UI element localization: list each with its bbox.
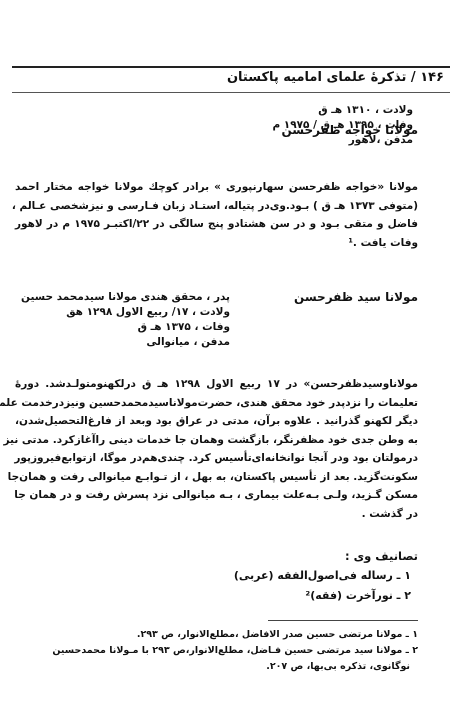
paragraph-line: درمولتان بود ودر آنجا نوانخانه‌ای‌تأسیس …	[15, 449, 418, 468]
footnote-1: ۱ ـ مولانا مرتضی حسین صدر الافاضل ،مطلع‌…	[52, 627, 418, 643]
paragraph-line: وفات یافت .¹	[15, 234, 418, 253]
footnote-2: ۲ ـ مولانا سید مرتضی حسین فـاضل، مطلع‌ال…	[52, 643, 418, 659]
running-header: ۱۴۶ / تذکرهٔ علمای امامیه پاکستان	[12, 66, 450, 93]
entry-1-paragraph: مولانا «خواجه ظفرحسن سهارنپوری » برادر ک…	[15, 178, 418, 252]
works-item: ۱ ـ رساله فی‌اصول‌الفقه (عربی)	[234, 566, 411, 586]
entry-1-meta: ولادت ، ۱۳۱۰ هـ ق وفات ، ۱۳۹۵ هـ ق / ۱۹۷…	[238, 103, 413, 148]
paragraph-line: سکونت‌گزید. بعد از تأسیس پاکستان، به بهل…	[15, 468, 418, 487]
entry-2-burial: مدفن ، میانوالی	[20, 335, 230, 350]
paragraph-line: فاضل و متقی بـود و در سن هشتادو پنج سالگ…	[15, 215, 418, 234]
paragraph-line: به وطن جدی خود مظفرنگر، بازگشت وهمان جا …	[15, 431, 418, 450]
entry-2-name: مولانا سید ظفرحسن	[294, 290, 418, 304]
paragraph-line: در گذشت .	[15, 505, 418, 524]
paragraph-line: مولانا «خواجه ظفرحسن سهارنپوری » برادر ک…	[15, 178, 418, 197]
footnote-divider	[268, 620, 418, 621]
paragraph-line: تعلیمات را نزدپدر خود محقق هندی، حضرت‌مو…	[15, 394, 418, 413]
entry-1-burial: مدفن ،لاهور	[238, 133, 413, 148]
entry-2-father: پدر ، محقق هندی مولانا سیدمحمد حسین	[20, 290, 230, 305]
paragraph-line: (متوفی ۱۳۷۳ هـ ق ) بـود.وی‌در پتیاله، اس…	[15, 197, 418, 216]
book-page: ۱۴۶ / تذکرهٔ علمای امامیه پاکستان مولانا…	[0, 0, 463, 706]
paragraph-line: مولاناوسیدظفرحسن» در ۱۷ ربیع الاول ۱۲۹۸ …	[15, 375, 418, 394]
paragraph-line: مسکن گـزید، ولـی بـه‌علت بیماری ، بـه می…	[15, 486, 418, 505]
entry-2-paragraph: مولاناوسیدظفرحسن» در ۱۷ ربیع الاول ۱۲۹۸ …	[15, 375, 418, 523]
entry-1-death: وفات ، ۱۳۹۵ هـ ق / ۱۹۷۵ م	[238, 118, 413, 133]
footnotes: ۱ ـ مولانا مرتضی حسین صدر الافاضل ،مطلع‌…	[52, 627, 418, 675]
entry-2-birth: ولادت ، ۱۷/ ربیع الاول ۱۲۹۸ هق	[20, 305, 230, 320]
entry-2-meta: پدر ، محقق هندی مولانا سیدمحمد حسین ولاد…	[20, 290, 230, 350]
works-item: ۲ ـ نورآخرت (فقه)²	[234, 586, 411, 606]
paragraph-line: دیگر لکهنو گذرانید . علاوه برآن، مدتی در…	[15, 412, 418, 431]
works-heading: تصانیف وی :	[345, 549, 418, 563]
entry-2-death: وفات ، ۱۳۷۵ هـ ق	[20, 320, 230, 335]
header-title: ۱۴۶ / تذکرهٔ علمای امامیه پاکستان	[227, 70, 444, 85]
entry-1-birth: ولادت ، ۱۳۱۰ هـ ق	[238, 103, 413, 118]
footnote-2-continued: نوگانوی، تذکره بی‌بها، ص ۲۰۷.	[52, 659, 418, 675]
works-list: ۱ ـ رساله فی‌اصول‌الفقه (عربی) ۲ ـ نورآخ…	[234, 566, 411, 606]
